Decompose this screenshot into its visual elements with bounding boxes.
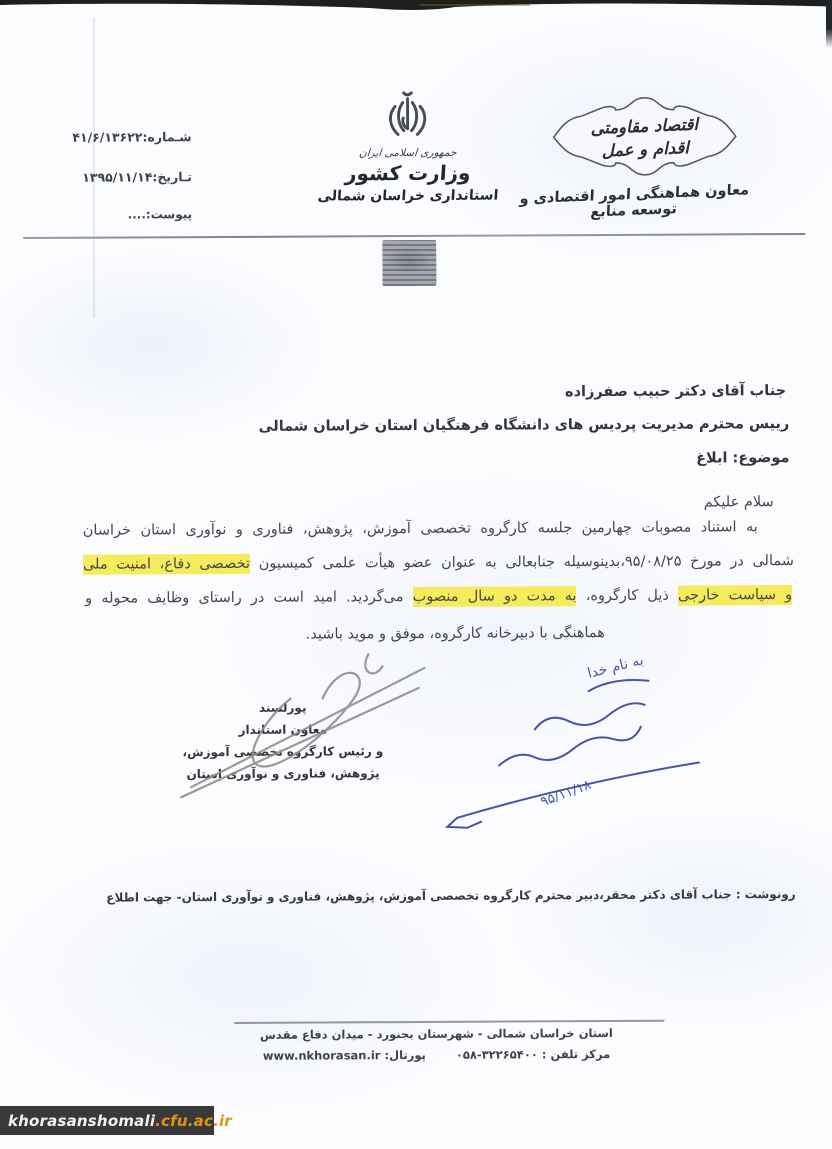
body-text-segment: به استناد مصوبات چهارمین جلسه کارگروه تخ… [83, 519, 758, 539]
footer-contacts: مرکز تلفن : ۳۲۲۶۵۴۰۰-۰۵۸ پورتال: www.nkh… [236, 1047, 636, 1063]
slogan-cartouche: اقتصاد مقاومتی اقدام و عمل [549, 94, 739, 179]
footer-phone: مرکز تلفن : ۳۲۲۶۵۴۰۰-۰۵۸ [456, 1047, 610, 1062]
footer-divider [234, 1020, 664, 1024]
body-text-segment: ذیل کارگروه، [577, 588, 679, 605]
slogan-ornament: اقتصاد مقاومتی اقدام و عمل [549, 94, 739, 179]
scanned-letter-page: شـماره:۴۱/۶/۱۳۶۲۲ تـاریخ:۱۳۹۵/۱۱/۱۴ پیوس… [0, 0, 832, 1149]
number-label: شـماره: [142, 129, 191, 144]
date-label: تـاریخ: [152, 169, 192, 184]
body-line: به استناد مصوبات چهارمین جلسه کارگروه تخ… [83, 519, 758, 539]
letter-number: شـماره:۴۱/۶/۱۳۶۲۲ [72, 129, 191, 145]
governorate-title: استانداری خراسان شمالی [298, 187, 519, 204]
deputy-title: معاون هماهنگی امور اقتصادی و توسعه منابع [513, 182, 754, 224]
handwriting-bismillah: به نام خدا [586, 652, 645, 682]
scan-edge-artifact [0, 0, 832, 14]
letterhead-org: جمهوری اسلامی ایران وزارت کشور استانداری… [297, 89, 518, 204]
iran-emblem-icon [377, 90, 437, 146]
handwriting-date: ۹۵/۱۱/۱۸ [538, 777, 593, 810]
ministry-title: وزارت کشور [297, 160, 519, 185]
handwritten-note: به نام خدا ۹۵/۱۱/۱۸ [438, 644, 741, 836]
body-text-highlighted: تخصصی دفاع، امنیت ملی [83, 554, 250, 575]
watermark-site: khorasanshomali [8, 1112, 155, 1130]
body-line: و سیاست خارجی ذیل کارگروه، به مدت دو سال… [85, 587, 792, 607]
watermark-domain: .cfu.ac.ir [155, 1112, 232, 1130]
letter-date: تـاریخ:۱۳۹۵/۱۱/۱۴ [82, 169, 192, 185]
body-line: شمالی در مورخ ۹۵/۰۸/۲۵،بدینوسیله جنابعال… [83, 553, 794, 573]
subject-value: ابلاغ [696, 450, 727, 466]
footer-address: استان خراسان شمالی - شهرستان بجنورد - می… [236, 1026, 636, 1042]
body-line: هماهنگی با دبیرخانه کارگروه، موفق و موید… [230, 625, 680, 643]
scan-edge-artifact-right [826, 0, 832, 48]
body-text-segment: شمالی در مورخ ۹۵/۰۸/۲۵،بدینوسیله جنابعال… [250, 553, 794, 572]
portal-label: پورتال: [384, 1048, 425, 1062]
body-text-segment: می‌گردید. امید است در راستای وظایف محوله… [85, 589, 413, 607]
number-value: ۴۱/۶/۱۳۶۲۲ [72, 129, 142, 144]
footer-portal: پورتال: www.nkhorasan.ir [263, 1048, 426, 1063]
footer: استان خراسان شمالی - شهرستان بجنورد - می… [236, 1026, 636, 1063]
body-text-segment: هماهنگی با دبیرخانه کارگروه، موفق و موید… [306, 625, 605, 643]
subject-label: موضوع: [732, 450, 789, 466]
attachment-label: پیوست: [146, 207, 192, 221]
header-divider [23, 233, 805, 239]
recipient-name: جناب آقای دکتر حبیب صفرزاده [565, 383, 786, 400]
phone-label: مرکز تلفن : [542, 1047, 610, 1061]
watermark-bar: khorasanshomali.cfu.ac.ir [0, 1106, 214, 1135]
body-text-highlighted: و سیاست خارجی [678, 585, 792, 606]
phone-value: ۳۲۲۶۵۴۰۰-۰۵۸ [456, 1047, 538, 1061]
letter-meta: شـماره:۴۱/۶/۱۳۶۲۲ تـاریخ:۱۳۹۵/۱۱/۱۴ پیوس… [20, 129, 192, 130]
subject-line: موضوع: ابلاغ [696, 450, 789, 466]
republic-title: جمهوری اسلامی ایران [297, 146, 518, 159]
ink-stamp [382, 240, 436, 286]
pen-signature [172, 646, 435, 799]
portal-url: www.nkhorasan.ir [263, 1048, 381, 1063]
body-text-highlighted: به مدت دو سال منصوب [413, 586, 577, 607]
date-value: ۱۳۹۵/۱۱/۱۴ [82, 169, 152, 184]
letter-content: شـماره:۴۱/۶/۱۳۶۲۲ تـاریخ:۱۳۹۵/۱۱/۱۴ پیوس… [0, 0, 832, 1149]
cc-line: رونوشت : جناب آقای دکتر محقر،دبیر محترم … [232, 887, 796, 904]
attachment-value: .... [128, 207, 146, 221]
salutation: سلام علیکم [704, 494, 774, 510]
recipient-title: رییس محترم مدیریت پردیس های دانشگاه فرهن… [259, 416, 790, 435]
letter-attachment: پیوست:.... [128, 207, 193, 221]
